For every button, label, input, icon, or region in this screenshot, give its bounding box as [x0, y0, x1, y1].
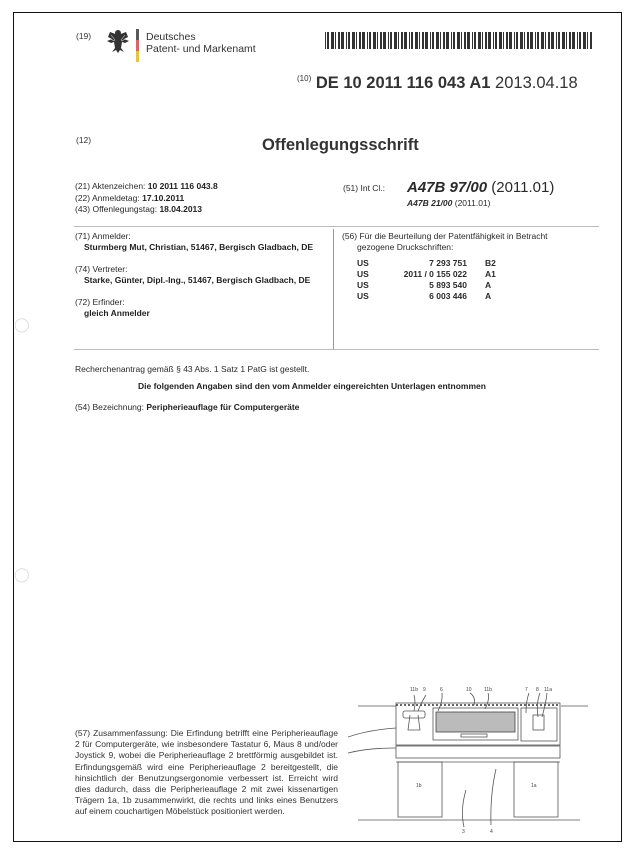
citation-number: 6 003 446 [375, 291, 485, 302]
inventor: gleich Anmelder [75, 308, 325, 319]
reference-numeral: 11b [484, 687, 492, 693]
citations-label: (56) Für die Beurteilung der Patentfähig… [342, 231, 548, 241]
publication-date: 2013.04.18 [495, 74, 578, 92]
office-line-1: Deutsches [146, 31, 256, 43]
applicant: Sturmberg Mut, Christian, 51467, Bergisc… [75, 242, 325, 253]
inid-code-12: (12) [76, 135, 91, 145]
disclosure-date-row: (43) Offenlegungstag: 18.04.2013 [75, 204, 218, 216]
secondary-class-version: (2011.01) [455, 198, 491, 208]
designation-value: Peripherieauflage für Computergeräte [146, 402, 299, 412]
publication-number-line: (10) DE 10 2011 116 043 A1 2013.04.18 [297, 74, 578, 93]
citation-row: US 7 293 751 B2 [357, 258, 496, 269]
reference-numeral: 9 [423, 687, 426, 693]
parties-citations-box: (71) Anmelder: Sturmberg Mut, Christian,… [74, 226, 599, 350]
reference-numeral: 1b [416, 783, 422, 789]
citation-number: 5 893 540 [375, 280, 485, 291]
applicant-label: (71) Anmelder: [75, 231, 131, 241]
column-divider [333, 229, 334, 349]
punch-hole-mark: ◯ [14, 316, 30, 333]
disclosure-date-label: (43) Offenlegungstag: [75, 204, 157, 214]
application-number-label: (21) Aktenzeichen: [75, 181, 145, 191]
publication-number: DE 10 2011 116 043 A1 [316, 74, 491, 92]
citation-row: US 5 893 540 A [357, 280, 496, 291]
search-request-note: Recherchenantrag gemäß § 43 Abs. 1 Satz … [75, 364, 309, 374]
reference-numeral: 4 [490, 829, 493, 835]
citation-country: US [357, 269, 375, 280]
representative-label: (74) Vertreter: [75, 264, 127, 274]
designation: (54) Bezeichnung: Peripherieauflage für … [75, 402, 299, 412]
main-class-code: A47B 97/00 [407, 179, 487, 196]
representative-group: (74) Vertreter: Starke, Günter, Dipl.-In… [75, 264, 325, 286]
citation-number: 2011 / 0 155 022 [375, 269, 485, 280]
reference-numeral: 1a [531, 783, 537, 789]
representative: Starke, Günter, Dipl.-Ing., 51467, Bergi… [75, 275, 325, 286]
filing-date-row: (22) Anmeldetag: 17.10.2011 [75, 193, 218, 205]
citation-country: US [357, 258, 375, 269]
cited-documents: (56) Für die Beurteilung der Patentfähig… [342, 231, 597, 302]
inventor-label: (72) Erfinder: [75, 297, 125, 307]
citation-country: US [357, 291, 375, 302]
application-number: 10 2011 116 043.8 [148, 181, 218, 191]
citation-number: 7 293 751 [375, 258, 485, 269]
main-classification: A47B 97/00 (2011.01) [407, 179, 554, 196]
parties: (71) Anmelder: Sturmberg Mut, Christian,… [75, 231, 325, 330]
reference-numeral: 8 [536, 687, 539, 693]
reference-numeral: 3 [462, 829, 465, 835]
application-number-row: (21) Aktenzeichen: 10 2011 116 043.8 [75, 181, 218, 193]
reference-numeral: 7 [525, 687, 528, 693]
patent-figure: 11b961011b7811a251b1a34 [348, 675, 594, 837]
barcode-icon [325, 32, 593, 49]
reference-numeral: 11a [544, 687, 552, 693]
abstract-text: Die Erfindung betrifft eine Peripherieau… [75, 728, 338, 816]
citation-kind: A [485, 280, 496, 291]
secondary-class-code: A47B 21/00 [407, 198, 452, 208]
reference-numeral: 6 [440, 687, 443, 693]
inventor-group: (72) Erfinder: gleich Anmelder [75, 297, 325, 319]
source-note: Die folgenden Angaben sind den vom Anmel… [138, 381, 486, 391]
filing-data: (21) Aktenzeichen: 10 2011 116 043.8 (22… [75, 181, 218, 216]
filing-date: 17.10.2011 [142, 193, 184, 203]
reference-numeral: 11b [410, 687, 418, 693]
inid-code-19: (19) [76, 31, 91, 41]
punch-hole-mark: ◯ [14, 566, 30, 583]
citation-kind: B2 [485, 258, 496, 269]
citation-country: US [357, 280, 375, 291]
citation-kind: A1 [485, 269, 496, 280]
secondary-classification: A47B 21/00 (2011.01) [407, 198, 491, 208]
main-class-version: (2011.01) [491, 179, 554, 196]
citation-row: US 6 003 446 A [357, 291, 496, 302]
eagle-emblem-icon [106, 28, 130, 54]
citation-kind: A [485, 291, 496, 302]
reference-numeral: 10 [466, 687, 472, 693]
filing-date-label: (22) Anmeldetag: [75, 193, 140, 203]
office-line-2: Patent- und Markenamt [146, 43, 256, 55]
disclosure-date: 18.04.2013 [159, 204, 202, 214]
applicant-group: (71) Anmelder: Sturmberg Mut, Christian,… [75, 231, 325, 253]
classification-label: (51) Int Cl.: [343, 183, 385, 193]
document-title: Offenlegungsschrift [262, 136, 419, 155]
citation-row: US 2011 / 0 155 022 A1 [357, 269, 496, 280]
citations-label-2: gezogene Druckschriften: [342, 242, 597, 253]
designation-label: (54) Bezeichnung: [75, 402, 144, 412]
abstract: (57) Zusammenfassung: Die Erfindung betr… [75, 728, 338, 818]
citations-table: US 7 293 751 B2 US 2011 / 0 155 022 A1 U… [357, 258, 496, 302]
inid-code-10: (10) [297, 74, 311, 83]
patent-office-name: Deutsches Patent- und Markenamt [146, 31, 256, 55]
flag-bar [136, 29, 139, 62]
abstract-label: (57) Zusammenfassung: [75, 728, 168, 738]
